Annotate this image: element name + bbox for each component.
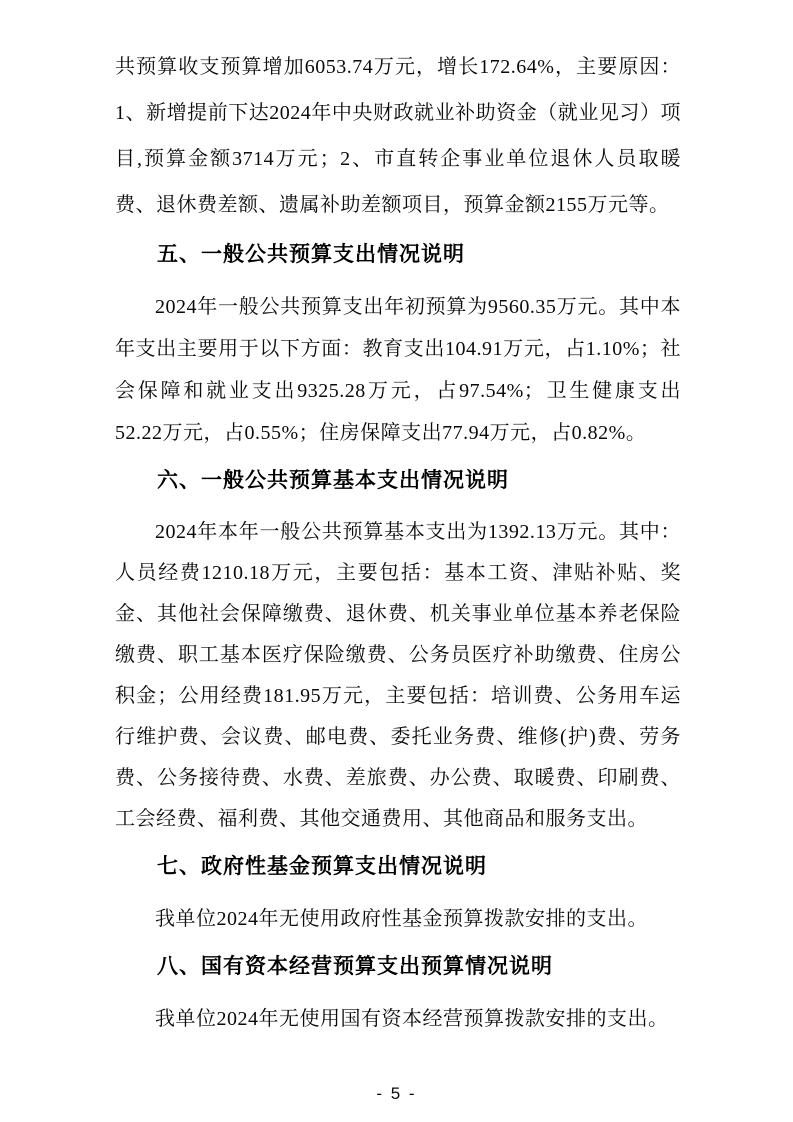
page-number: - 5 - [0,1084,793,1104]
continuation-paragraph: 共预算收支预算增加6053.74万元，增长172.64%，主要原因：1、新增提前… [115,44,681,228]
section-8-body: 我单位2024年无使用国有资本经营预算拨款安排的支出。 [115,998,681,1040]
section-5-heading: 五、一般公共预算支出情况说明 [115,234,681,276]
section-7-heading: 七、政府性基金预算支出情况说明 [115,846,681,888]
section-6-heading: 六、一般公共预算基本支出情况说明 [115,460,681,502]
section-5-body: 2024年一般公共预算支出年初预算为9560.35万元。其中本年支出主要用于以下… [115,286,681,454]
section-8-heading: 八、国有资本经营预算支出预算情况说明 [115,946,681,988]
section-7-body: 我单位2024年无使用政府性基金预算拨款安排的支出。 [115,898,681,940]
section-6-body: 2024年本年一般公共预算基本支出为1392.13万元。其中：人员经费1210.… [115,512,681,840]
document-page: 共预算收支预算增加6053.74万元，增长172.64%，主要原因：1、新增提前… [0,0,793,1122]
document-content: 共预算收支预算增加6053.74万元，增长172.64%，主要原因：1、新增提前… [115,44,681,1040]
